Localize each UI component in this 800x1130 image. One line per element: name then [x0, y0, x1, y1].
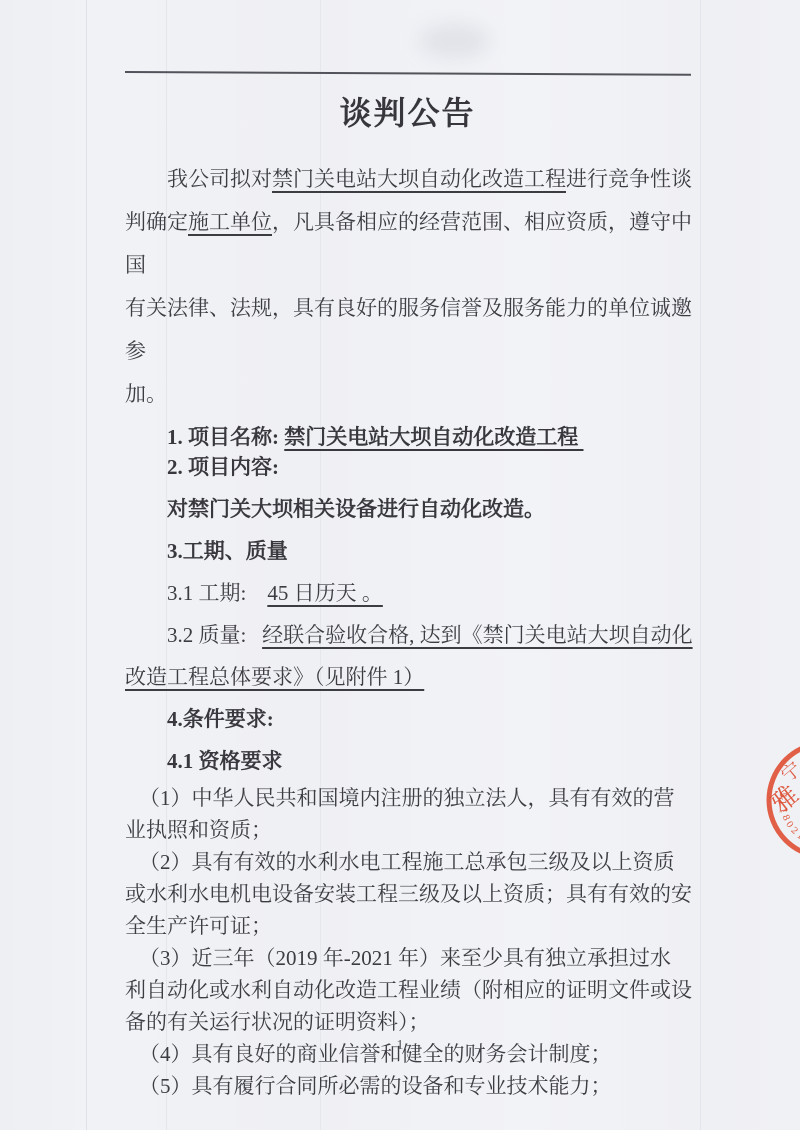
- text-run: 我公司拟对: [167, 167, 272, 191]
- text-run: （3）近三年（2019 年-2021 年）来至少具有独立承担过水: [139, 946, 671, 970]
- underlined-text-run: 禁门关电站大坝自动化改造工程: [272, 167, 566, 191]
- doc-line: 4.条件要求:: [125, 698, 700, 740]
- doc-line: 3.2 质量: 经联合验收合格, 达到《禁门关电站大坝自动化: [125, 614, 700, 656]
- page-number: 1: [0, 1038, 800, 1054]
- doc-line: 我公司拟对禁门关电站大坝自动化改造工程进行竞争性谈: [125, 158, 700, 201]
- text-run: 加。: [125, 382, 167, 406]
- scan-fold-line: [86, 0, 87, 1130]
- text-run: 对禁门关大坝相关设备进行自动化改造。: [167, 497, 545, 521]
- doc-line: 利自动化或水利自动化改造工程业绩（附相应的证明文件或设: [125, 974, 700, 1006]
- doc-line: （3）近三年（2019 年-2021 年）来至少具有独立承担过水: [125, 942, 700, 974]
- underlined-text-run: 改造工程总体要求》（见附件 1）: [125, 665, 424, 689]
- scanned-document-page: 谈判公告 我公司拟对禁门关电站大坝自动化改造工程进行竞争性谈判确定施工单位，凡具…: [0, 0, 800, 1130]
- text-run: 3.工期、质量: [167, 539, 288, 563]
- doc-line: 业执照和资质；: [125, 814, 700, 846]
- doc-line: 改造工程总体要求》（见附件 1）: [125, 656, 700, 698]
- text-run: （1）中华人民共和国境内注册的独立法人，具有有效的营: [139, 786, 675, 810]
- doc-line: 备的有关运行状况的证明资料）；: [125, 1006, 700, 1038]
- underlined-text-run: 经联合验收合格, 达到《禁门关电站大坝自动化: [262, 623, 693, 647]
- doc-line: （5）具有履行合同所必需的设备和专业技术能力；: [125, 1070, 700, 1102]
- doc-line: 3.1 工期: 45 日历天 。: [125, 572, 700, 614]
- text-run: 进行竞争性谈: [566, 167, 692, 191]
- doc-title: 谈判公告: [125, 88, 690, 134]
- text-run: 有关法律、法规，具有良好的服务信誉及服务能力的单位诚邀参: [125, 296, 692, 363]
- text-run: 利自动化或水利自动化改造工程业绩（附相应的证明文件或设: [125, 978, 692, 1002]
- scan-smudge: [420, 24, 490, 58]
- doc-line: 有关法律、法规，具有良好的服务信誉及服务能力的单位诚邀参: [125, 287, 700, 373]
- doc-line: 全生产许可证；: [125, 910, 700, 942]
- text-run: 备的有关运行状况的证明资料）；: [125, 1010, 430, 1034]
- text-run: 业执照和资质；: [125, 818, 272, 842]
- doc-line: 或水利水电机电设备安装工程三级及以上资质；具有有效的安: [125, 878, 700, 910]
- underlined-text-run: 禁门关电站大坝自动化改造工程: [284, 425, 583, 449]
- doc-line: 4.1 资格要求: [125, 740, 700, 782]
- doc-line: 3.工期、质量: [125, 530, 700, 572]
- text-run: 4.条件要求:: [167, 707, 274, 731]
- underlined-text-run: 45 日历天 。: [267, 581, 383, 605]
- text-run: 2. 项目内容:: [167, 455, 279, 479]
- text-run: 3.1 工期:: [167, 581, 267, 605]
- scan-fold-line: [700, 0, 701, 1130]
- doc-body: 我公司拟对禁门关电站大坝自动化改造工程进行竞争性谈判确定施工单位，凡具备相应的经…: [125, 158, 700, 1102]
- doc-line: 加。: [125, 373, 700, 416]
- red-official-seal-partial: 宁 雅 5118021: [758, 728, 800, 888]
- underlined-text-run: 施工单位: [188, 210, 272, 234]
- doc-line: 判确定施工单位，凡具备相应的经营范围、相应资质，遵守中国: [125, 201, 700, 287]
- text-run: 或水利水电机电设备安装工程三级及以上资质；具有有效的安: [125, 882, 692, 906]
- text-run: （2）具有有效的水利水电工程施工总承包三级及以上资质: [139, 850, 675, 874]
- text-run: 4.1 资格要求: [167, 749, 283, 773]
- text-run: 判确定: [125, 210, 188, 234]
- doc-line: 对禁门关大坝相关设备进行自动化改造。: [125, 488, 700, 530]
- doc-line: （2）具有有效的水利水电工程施工总承包三级及以上资质: [125, 846, 700, 878]
- doc-line: （1）中华人民共和国境内注册的独立法人，具有有效的营: [125, 782, 700, 814]
- text-run: 3.2 质量:: [167, 623, 262, 647]
- text-run: 全生产许可证；: [125, 914, 272, 938]
- text-run: （5）具有履行合同所必需的设备和专业技术能力；: [139, 1074, 612, 1098]
- top-rule: [125, 71, 691, 76]
